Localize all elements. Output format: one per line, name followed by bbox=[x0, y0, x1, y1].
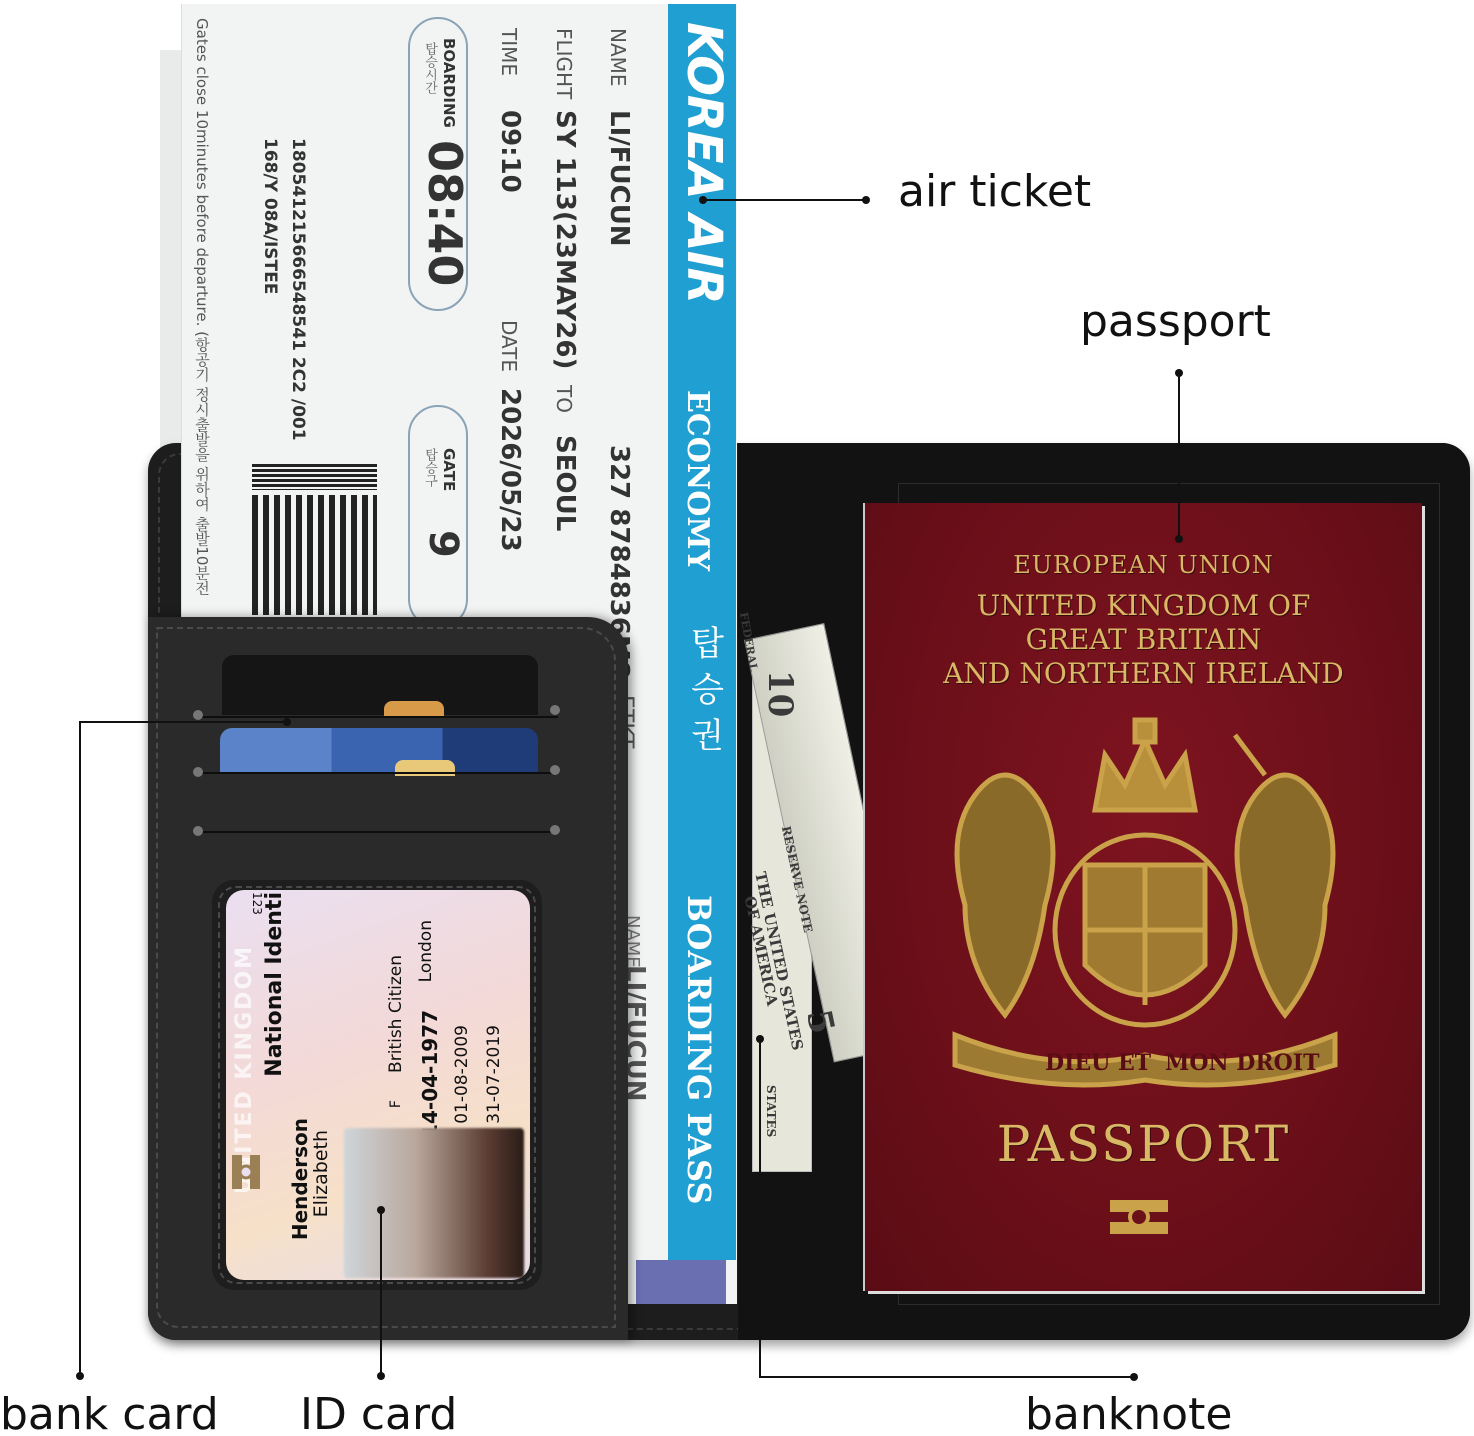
id-card-pointer-dot bbox=[377, 1372, 385, 1380]
id-nationality: British Citizen bbox=[386, 955, 406, 1073]
bank-card-pointer-dot bbox=[76, 1372, 84, 1380]
card-chip-icon bbox=[384, 701, 444, 717]
passport-line-eu: EUROPEAN UNION bbox=[865, 551, 1422, 579]
id-photo bbox=[344, 1128, 524, 1278]
passport-label: passport bbox=[1080, 300, 1271, 344]
flight-label: FLIGHT bbox=[552, 28, 576, 99]
id-date-of-expiry: 31-07-2019 bbox=[484, 1025, 504, 1124]
id-sex: F bbox=[388, 1100, 404, 1108]
gate-value: 9 bbox=[420, 530, 466, 558]
passport-title: PASSPORT bbox=[865, 1115, 1422, 1173]
card-slot bbox=[198, 772, 558, 774]
ticket-code-line1: 180541215666548541 2C2 /001 bbox=[288, 138, 308, 441]
air-ticket-label: air ticket bbox=[898, 170, 1091, 214]
to-label: TO bbox=[552, 385, 576, 413]
ticket-footer: Gates close 10minutes before departure. … bbox=[192, 18, 213, 595]
time-value: 09:10 bbox=[495, 110, 525, 193]
to-value: SEOUL bbox=[550, 435, 580, 531]
id-number: 123 bbox=[250, 892, 264, 915]
boarding-label: BOARDING bbox=[440, 38, 458, 128]
banknote-label: banknote bbox=[1025, 1393, 1232, 1436]
rivet bbox=[550, 705, 560, 715]
gate-korean-label: 탑승구 bbox=[420, 448, 439, 487]
id-date-of-birth: 14-04-1977 bbox=[418, 1010, 442, 1138]
banknote-text-states: STATES bbox=[764, 1085, 778, 1137]
passport-leader bbox=[1178, 373, 1180, 538]
air-ticket-leader bbox=[703, 199, 866, 201]
id-card-leader bbox=[380, 1210, 382, 1376]
name-value: LI/FUCUN bbox=[604, 110, 634, 247]
id-card-label: ID card bbox=[300, 1393, 457, 1436]
time-label: TIME bbox=[497, 28, 521, 76]
id-surname: Henderson bbox=[288, 1118, 312, 1240]
id-date-of-issue: 01-08-2009 bbox=[452, 1025, 472, 1124]
ticket-class: ECONOMY bbox=[680, 390, 715, 571]
banknote-leader-v bbox=[759, 1039, 761, 1378]
passport-line-gb: GREAT BRITAIN bbox=[865, 623, 1422, 656]
rivet bbox=[550, 765, 560, 775]
qr-code bbox=[252, 495, 377, 615]
rivet bbox=[193, 826, 203, 836]
barcode bbox=[252, 464, 377, 490]
date-value: 2026/05/23 bbox=[495, 388, 525, 552]
airline-name: KOREA AIR bbox=[676, 22, 732, 304]
bank-card-leader-v bbox=[79, 721, 81, 1377]
passport-line-uk: UNITED KINGDOM OF bbox=[865, 589, 1422, 622]
rivet bbox=[193, 767, 203, 777]
gate-label: GATE bbox=[440, 448, 458, 491]
card-slot bbox=[198, 831, 558, 833]
card-slot bbox=[198, 716, 558, 718]
flight-value: SY 113(23MAY26) bbox=[550, 110, 580, 369]
name-label: NAME bbox=[606, 28, 630, 87]
boarding-time: 08:40 bbox=[418, 140, 472, 286]
rivet bbox=[550, 825, 560, 835]
ticket-code-line2: 168/Y 08A/ISTEE bbox=[260, 138, 280, 294]
motto-left: DIEU ET bbox=[1045, 1050, 1152, 1076]
biometric-chip-icon bbox=[1110, 1200, 1168, 1234]
passport-pointer-dot bbox=[1175, 535, 1183, 543]
id-title: National Identi bbox=[262, 892, 287, 1077]
banknote-pointer-dot bbox=[1130, 1373, 1138, 1381]
id-chip-icon bbox=[232, 1155, 260, 1189]
banknote-leader-h bbox=[759, 1376, 1135, 1378]
bank-card-label: bank card bbox=[0, 1393, 219, 1436]
ticket-korean-title: 탑승권 bbox=[680, 625, 729, 763]
coat-of-arms-icon: DIEU ET MON DROIT bbox=[935, 715, 1355, 1090]
air-ticket-pointer-dot bbox=[862, 196, 870, 204]
id-given-name: Elizabeth bbox=[310, 1130, 332, 1217]
bank-card-leader-h bbox=[80, 721, 286, 723]
motto-right: MON DROIT bbox=[1165, 1050, 1320, 1076]
passport-line-ni: AND NORTHERN IRELAND bbox=[865, 657, 1422, 690]
bank-card-black bbox=[222, 655, 538, 715]
bank-card-blue bbox=[220, 728, 538, 774]
id-place-of-birth: London bbox=[416, 920, 436, 982]
banknote-denomination-10: 10 bbox=[760, 670, 800, 717]
gate-box bbox=[408, 405, 468, 629]
ticket-stub-tab bbox=[636, 1260, 726, 1304]
boarding-korean-label: 탑승시간 bbox=[420, 42, 439, 94]
ticket-title: BOARDING PASS bbox=[680, 895, 718, 1204]
rivet bbox=[193, 710, 203, 720]
date-label: DATE bbox=[497, 320, 521, 372]
